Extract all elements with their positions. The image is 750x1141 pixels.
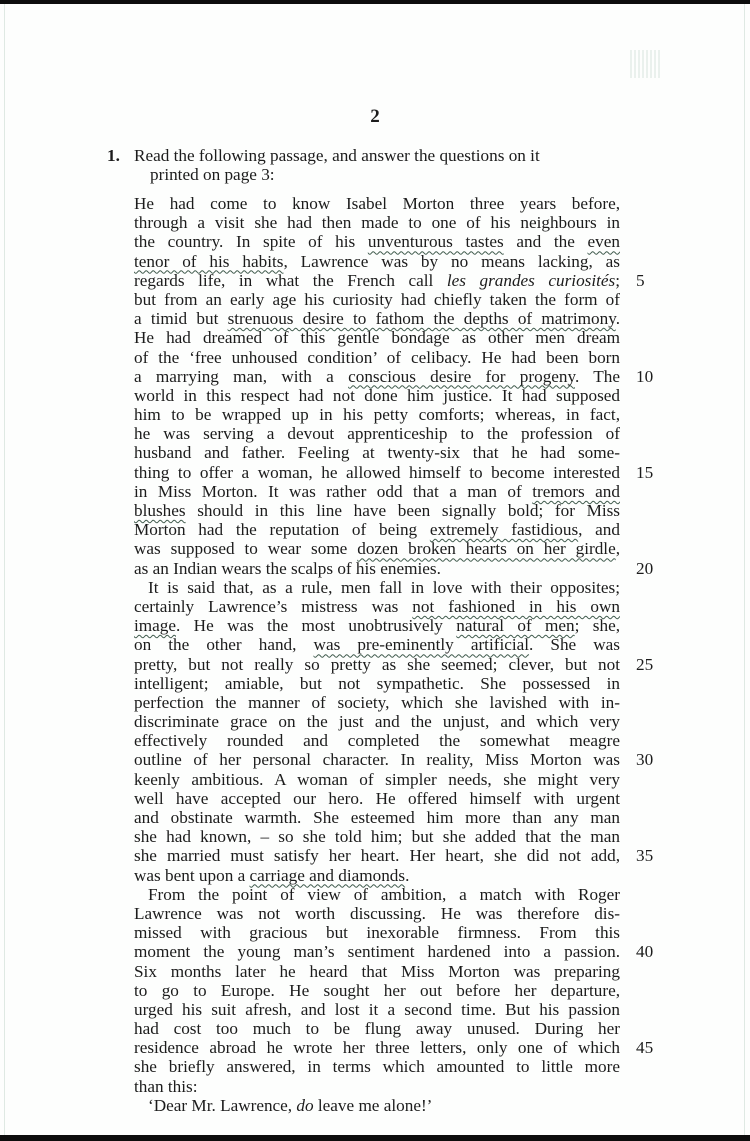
passage-line: keenly ambitious. A woman of simpler nee…: [134, 770, 620, 789]
line-text: him to be wrapped up in his petty comfor…: [134, 405, 620, 424]
pen-underlined-phrase: carriage and diamonds: [250, 866, 406, 885]
line-number: 15: [636, 463, 653, 482]
faint-stamp-mark: [630, 50, 660, 78]
passage-line: Lawrence was not worth discussing. He wa…: [134, 904, 620, 923]
passage-line: a marrying man, with a conscious desire …: [134, 367, 620, 386]
passage-line: urged his suit afresh, and lost it a sec…: [134, 1000, 620, 1019]
passage-line: as an Indian wears the scalps of his ene…: [134, 559, 620, 578]
line-text: . The: [575, 367, 620, 386]
line-text: and obstinate warmth. She esteemed him m…: [134, 808, 620, 827]
line-text: she married must satisfy her heart. Her …: [134, 846, 620, 865]
line-text: had cost too much to be flung away unuse…: [134, 1019, 620, 1038]
line-text: she had known, – so she told him; but sh…: [134, 827, 620, 846]
pen-underlined-phrase: tenor of his habits: [134, 252, 283, 271]
passage-line: outline of her personal character. In re…: [134, 750, 620, 769]
line-text: thing to offer a woman, he allowed himse…: [134, 463, 620, 482]
scan-border-bottom: [0, 1135, 750, 1141]
passage-line: thing to offer a woman, he allowed himse…: [134, 463, 620, 482]
passage-line: pretty, but not really so pretty as she …: [134, 655, 620, 674]
line-text: , Lawrence was by no means lacking, as: [283, 252, 620, 271]
line-text: should in this line have been signally b…: [186, 501, 620, 520]
line-text: a marrying man, with a: [134, 367, 348, 386]
passage-line: certainly Lawrence’s mistress was not fa…: [134, 597, 620, 616]
line-text: leave me alone!’: [314, 1096, 433, 1115]
line-number: 30: [636, 750, 653, 769]
line-text: discriminate grace on the just and the u…: [134, 712, 620, 731]
passage-line: she married must satisfy her heart. Her …: [134, 846, 620, 865]
pen-underlined-phrase: image: [134, 616, 176, 635]
passage-line: missed with gracious but inexorable firm…: [134, 923, 620, 942]
line-text: as an Indian wears the scalps of his ene…: [134, 559, 441, 578]
passage-line: had cost too much to be flung away unuse…: [134, 1019, 620, 1038]
line-text: on the other hand,: [134, 635, 314, 654]
passage-line: the country. In spite of his unventurous…: [134, 232, 620, 251]
pen-underlined-phrase: extremely fastidious: [430, 520, 578, 539]
line-number: 20: [636, 559, 653, 578]
passage-line: ‘Dear Mr. Lawrence, do leave me alone!’: [134, 1096, 620, 1115]
line-text: He had dreamed of this gentle bondage as…: [134, 328, 620, 347]
line-text: Morton had the reputation of being: [134, 520, 430, 539]
pen-underlined-phrase: was pre-eminently artificial: [314, 635, 530, 654]
line-text: ; she,: [575, 616, 620, 635]
passage-line: of the ‘free unhoused condition’ of celi…: [134, 348, 620, 367]
line-text: was bent upon a: [134, 866, 250, 885]
pen-underlined-phrase: natural of men: [456, 616, 574, 635]
passage-line: effectively rounded and completed the so…: [134, 731, 620, 750]
passage-line: moment the young man’s sentiment hardene…: [134, 942, 620, 961]
question-number: 1.: [107, 146, 120, 165]
passage-line: well have accepted our hero. He offered …: [134, 789, 620, 808]
passage-line: He had dreamed of this gentle bondage as…: [134, 328, 620, 347]
line-text: outline of her personal character. In re…: [134, 750, 620, 769]
passage-line: image. He was the most unobtrusively nat…: [134, 616, 620, 635]
line-text: . He was the most unobtrusively: [176, 616, 456, 635]
line-text: It is said that, as a rule, men fall in …: [148, 578, 620, 597]
passage-line: He had come to know Isabel Morton three …: [134, 194, 620, 213]
pen-underlined-phrase: not fashioned in his own: [412, 597, 620, 616]
passage-line: him to be wrapped up in his petty comfor…: [134, 405, 620, 424]
line-text: was supposed to wear some: [134, 539, 357, 558]
passage-line: he was serving a devout apprenticeship t…: [134, 424, 620, 443]
line-text: regards life, in what the French call: [134, 271, 447, 290]
line-text: husband and father. Feeling at twenty-si…: [134, 443, 620, 462]
passage-line: intelligent; amiable, but not sympatheti…: [134, 674, 620, 693]
line-number: 35: [636, 846, 653, 865]
pen-underlined-phrase: conscious desire for progeny: [348, 367, 575, 386]
line-text: intelligent; amiable, but not sympatheti…: [134, 674, 620, 693]
line-text: in Miss Morton. It was rather odd that a…: [134, 482, 532, 501]
passage-line: was supposed to wear some dozen broken h…: [134, 539, 620, 558]
line-text: he was serving a devout apprenticeship t…: [134, 424, 620, 443]
passage-line: perfection the manner of society, which …: [134, 693, 620, 712]
line-text: ;: [615, 271, 620, 290]
passage-line: she had known, – so she told him; but sh…: [134, 827, 620, 846]
passage-line: and obstinate warmth. She esteemed him m…: [134, 808, 620, 827]
passage-line: It is said that, as a rule, men fall in …: [134, 578, 620, 597]
pen-underlined-phrase: dozen broken hearts on her girdle: [357, 539, 616, 558]
passage-line: residence abroad he wrote her three lett…: [134, 1038, 620, 1057]
line-text: effectively rounded and completed the so…: [134, 731, 620, 750]
line-number: 5: [636, 271, 645, 290]
question-text-line-1: Read the following passage, and answer t…: [134, 146, 540, 165]
page-edge-right: [744, 4, 745, 1135]
line-text: missed with gracious but inexorable firm…: [134, 923, 620, 942]
line-text: He had come to know Isabel Morton three …: [134, 194, 620, 213]
passage-line: was bent upon a carriage and diamonds.: [134, 866, 620, 885]
line-text: keenly ambitious. A woman of simpler nee…: [134, 770, 620, 789]
line-text: moment the young man’s sentiment hardene…: [134, 942, 620, 961]
line-number: 25: [636, 655, 653, 674]
line-text: Six months later he heard that Miss Mort…: [134, 962, 620, 981]
line-number: 10: [636, 367, 653, 386]
line-number: 45: [636, 1038, 653, 1057]
line-text: , and: [578, 520, 620, 539]
passage-line: but from an early age his curiosity had …: [134, 290, 620, 309]
italic-phrase: les grandes curiosités: [447, 271, 615, 290]
passage-line: From the point of view of ambition, a ma…: [134, 885, 620, 904]
scan-border-top: [0, 0, 750, 4]
line-text: certainly Lawrence’s mistress was: [134, 597, 412, 616]
line-text: through a visit she had then made to one…: [134, 213, 620, 232]
question-text-line-2: printed on page 3:: [134, 165, 624, 184]
passage-line: she briefly answered, in terms which amo…: [134, 1057, 620, 1076]
question-instruction: Read the following passage, and answer t…: [134, 146, 624, 185]
italic-phrase: do: [296, 1096, 313, 1115]
pen-underlined-phrase: strenuous desire to fathom the depths of…: [228, 309, 616, 328]
line-text: ,: [616, 539, 620, 558]
pen-underlined-phrase: unventurous tastes: [368, 232, 504, 251]
passage-line: a timid but strenuous desire to fathom t…: [134, 309, 620, 328]
passage-line: blushes should in this line have been si…: [134, 501, 620, 520]
line-text: the country. In spite of his: [134, 232, 368, 251]
line-text: she briefly answered, in terms which amo…: [134, 1057, 620, 1076]
line-text: urged his suit afresh, and lost it a sec…: [134, 1000, 620, 1019]
passage-line: to go to Europe. He sought her out befor…: [134, 981, 620, 1000]
line-text: world in this respect had not done him j…: [134, 386, 620, 405]
line-text: . She was: [529, 635, 620, 654]
line-text: pretty, but not really so pretty as she …: [134, 655, 620, 674]
page-number: 2: [0, 106, 750, 128]
passage-line: world in this respect had not done him j…: [134, 386, 620, 405]
line-text: .: [616, 309, 620, 328]
line-text: perfection the manner of society, which …: [134, 693, 620, 712]
line-number: 40: [636, 942, 653, 961]
passage-line: tenor of his habits, Lawrence was by no …: [134, 252, 620, 271]
passage-line: regards life, in what the French call le…: [134, 271, 620, 290]
line-text: .: [405, 866, 409, 885]
line-text: of the ‘free unhoused condition’ of celi…: [134, 348, 620, 367]
passage-line: through a visit she had then made to one…: [134, 213, 620, 232]
passage-line: Six months later he heard that Miss Mort…: [134, 962, 620, 981]
passage-line: discriminate grace on the just and the u…: [134, 712, 620, 731]
line-text: Lawrence was not worth discussing. He wa…: [134, 904, 620, 923]
line-text: residence abroad he wrote her three lett…: [134, 1038, 620, 1057]
line-text: a timid but: [134, 309, 228, 328]
passage-line: in Miss Morton. It was rather odd that a…: [134, 482, 620, 501]
line-text: From the point of view of ambition, a ma…: [148, 885, 620, 904]
reading-passage: He had come to know Isabel Morton three …: [134, 194, 620, 1115]
line-text: ‘Dear Mr. Lawrence,: [148, 1096, 296, 1115]
passage-line: than this:: [134, 1077, 620, 1096]
pen-underlined-phrase: tremors and: [532, 482, 620, 501]
line-text: but from an early age his curiosity had …: [134, 290, 620, 309]
passage-line: Morton had the reputation of being extre…: [134, 520, 620, 539]
pen-underlined-phrase: blushes: [134, 501, 186, 520]
line-text: than this:: [134, 1077, 198, 1096]
line-text: to go to Europe. He sought her out befor…: [134, 981, 620, 1000]
passage-line: on the other hand, was pre-eminently art…: [134, 635, 620, 654]
pen-underlined-phrase: even: [588, 232, 620, 251]
line-text: well have accepted our hero. He offered …: [134, 789, 620, 808]
page-edge-left: [4, 4, 5, 1135]
passage-line: husband and father. Feeling at twenty-si…: [134, 443, 620, 462]
line-text: and the: [504, 232, 588, 251]
